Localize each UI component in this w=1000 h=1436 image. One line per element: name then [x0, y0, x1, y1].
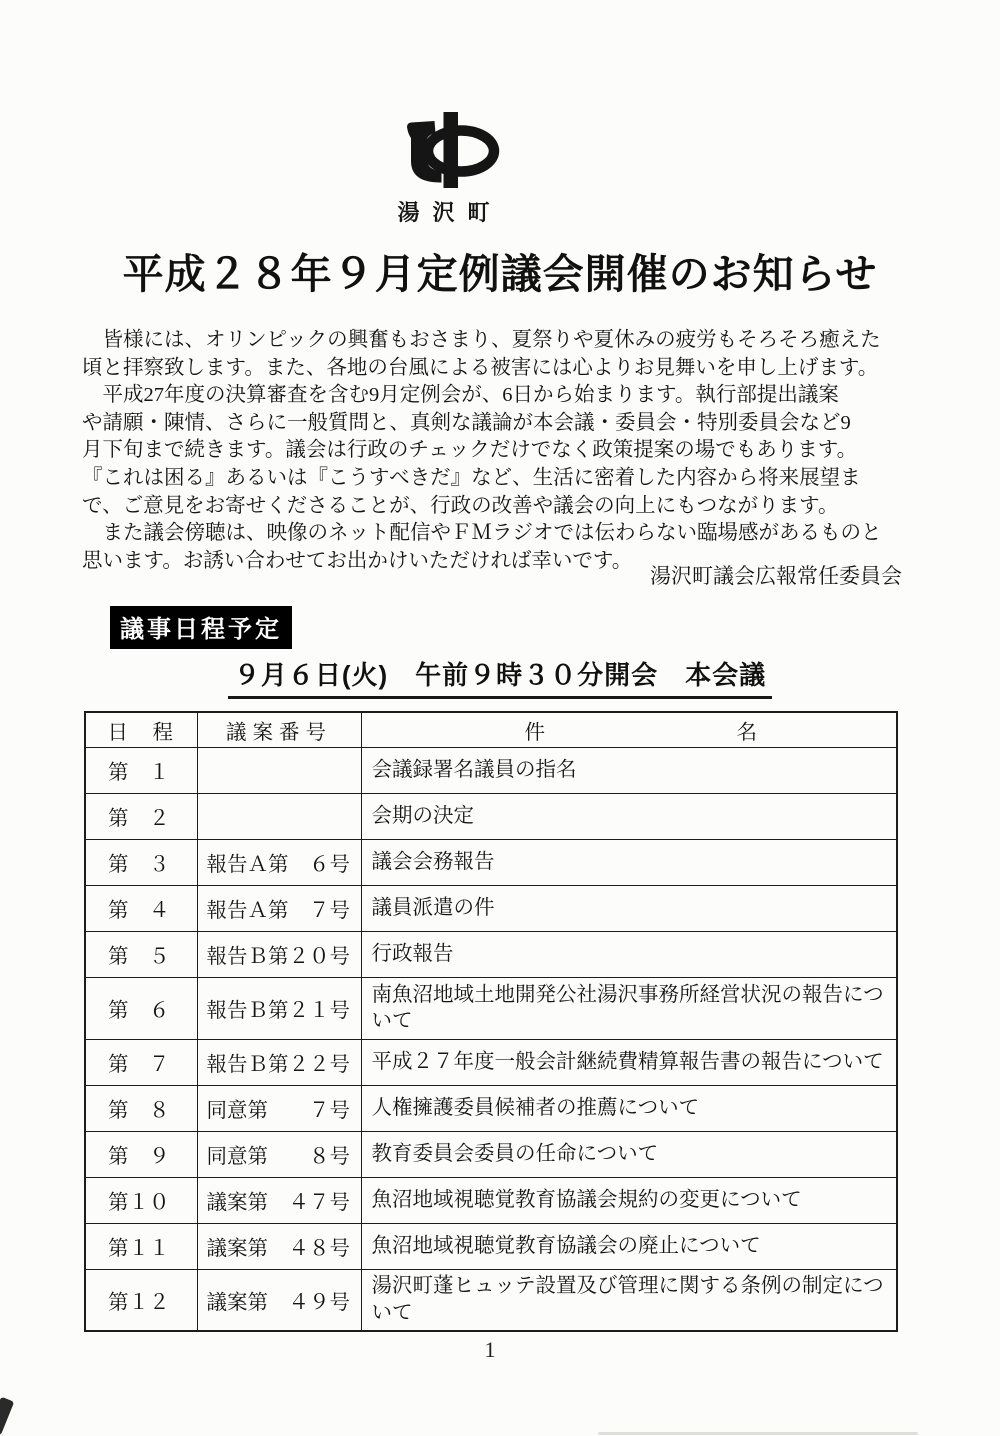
cell-bill: 議案第 ４９号 — [197, 1269, 361, 1331]
cell-subject: 湯沢町蓬ヒュッテ設置及び管理に関する条例の制定について — [361, 1269, 897, 1331]
cell-day: 第 ４ — [85, 885, 197, 931]
cell-subject: 南魚沼地域土地開発公社湯沢事務所経営状況の報告について — [361, 977, 897, 1039]
cell-subject: 会期の決定 — [361, 793, 897, 839]
cell-bill — [197, 793, 361, 839]
agenda-table: 日 程 議案番号 件 名 第 １ 会議録署名議員の指名 第 ２ 会期の決定 — [84, 711, 898, 1332]
cell-bill: 報告Ｂ第２２号 — [197, 1039, 361, 1085]
header-schedule: 日 程 — [85, 712, 197, 747]
cell-subject: 行政報告 — [361, 931, 897, 977]
cell-day: 第 ９ — [85, 1131, 197, 1177]
cell-day: 第 １ — [85, 747, 197, 793]
session-title: ９月６日(火) 午前９時３０分開会 本会議 — [228, 655, 772, 699]
cell-bill — [197, 747, 361, 793]
header-subject-left: 件 — [525, 715, 546, 745]
session-title-wrap: ９月６日(火) 午前９時３０分開会 本会議 — [0, 655, 1000, 699]
cell-subject: 教育委員会委員の任命について — [361, 1131, 897, 1177]
cell-subject: 議会会務報告 — [361, 839, 897, 885]
cell-subject: 魚沼地域視聴覚教育協議会規約の変更について — [361, 1177, 897, 1223]
header-bill-number: 議案番号 — [197, 712, 361, 747]
cell-day: 第 ８ — [85, 1085, 197, 1131]
cell-day: 第１０ — [85, 1177, 197, 1223]
cell-day: 第１１ — [85, 1223, 197, 1269]
cell-bill: 同意第 ８号 — [197, 1131, 361, 1177]
cell-day: 第１２ — [85, 1269, 197, 1331]
table-row: 第 ６ 報告Ｂ第２１号 南魚沼地域土地開発公社湯沢事務所経営状況の報告について — [85, 977, 897, 1039]
cell-bill: 同意第 ７号 — [197, 1085, 361, 1131]
signature-committee: 湯沢町議会広報常任委員会 — [0, 560, 902, 590]
cell-bill: 報告Ｂ第２０号 — [197, 931, 361, 977]
table-row: 第 ９ 同意第 ８号 教育委員会委員の任命について — [85, 1131, 897, 1177]
scanned-notice-page: 湯沢町 平成２８年９月定例議会開催のお知らせ 皆様には、オリンピックの興奮もおさ… — [0, 0, 1000, 1436]
scan-corner-artifact — [0, 1397, 14, 1436]
cell-bill: 議案第 ４７号 — [197, 1177, 361, 1223]
table-row: 第 ３ 報告Ａ第 ６号 議会会務報告 — [85, 839, 897, 885]
table-row: 第 ２ 会期の決定 — [85, 793, 897, 839]
agenda-section-label: 議事日程予定 — [110, 606, 292, 649]
cell-subject: 魚沼地域視聴覚教育協議会の廃止について — [361, 1223, 897, 1269]
table-row: 第 １ 会議録署名議員の指名 — [85, 747, 897, 793]
cell-subject: 平成２７年度一般会計継続費精算報告書の報告について — [361, 1039, 897, 1085]
cell-bill: 報告Ａ第 ７号 — [197, 885, 361, 931]
greeting-text: 皆様には、オリンピックの興奮もおさまり、夏祭りや夏休みの疲労もそろそろ癒えた 頃… — [82, 327, 906, 575]
cell-day: 第 ５ — [85, 931, 197, 977]
cell-day: 第 ７ — [85, 1039, 197, 1085]
cell-bill: 報告Ａ第 ６号 — [197, 839, 361, 885]
cell-subject: 会議録署名議員の指名 — [361, 747, 897, 793]
cell-day: 第 ２ — [85, 793, 197, 839]
cell-day: 第 ６ — [85, 977, 197, 1039]
table-row: 第 ５ 報告Ｂ第２０号 行政報告 — [85, 931, 897, 977]
table-row: 第１１ 議案第 ４８号 魚沼地域視聴覚教育協議会の廃止について — [85, 1223, 897, 1269]
cell-day: 第 ３ — [85, 839, 197, 885]
town-emblem-icon — [402, 111, 500, 189]
page-title: 平成２８年９月定例議会開催のお知らせ — [0, 241, 1000, 300]
table-row: 第１２ 議案第 ４９号 湯沢町蓬ヒュッテ設置及び管理に関する条例の制定について — [85, 1269, 897, 1331]
header-subject-right: 名 — [737, 715, 758, 745]
town-name: 湯沢町 — [0, 196, 900, 227]
table-header-row: 日 程 議案番号 件 名 — [85, 712, 897, 747]
table-row: 第 ４ 報告Ａ第 ７号 議員派遣の件 — [85, 885, 897, 931]
page-number: 1 — [0, 1337, 980, 1363]
table-row: 第 ７ 報告Ｂ第２２号 平成２７年度一般会計継続費精算報告書の報告について — [85, 1039, 897, 1085]
cell-subject: 議員派遣の件 — [361, 885, 897, 931]
table-row: 第 ８ 同意第 ７号 人権擁護委員候補者の推薦について — [85, 1085, 897, 1131]
cell-bill: 報告Ｂ第２１号 — [197, 977, 361, 1039]
table-row: 第１０ 議案第 ４７号 魚沼地域視聴覚教育協議会規約の変更について — [85, 1177, 897, 1223]
cell-bill: 議案第 ４８号 — [197, 1223, 361, 1269]
header-subject: 件 名 — [361, 712, 897, 747]
scan-smudge-artifact — [598, 1432, 918, 1435]
cell-subject: 人権擁護委員候補者の推薦について — [361, 1085, 897, 1131]
